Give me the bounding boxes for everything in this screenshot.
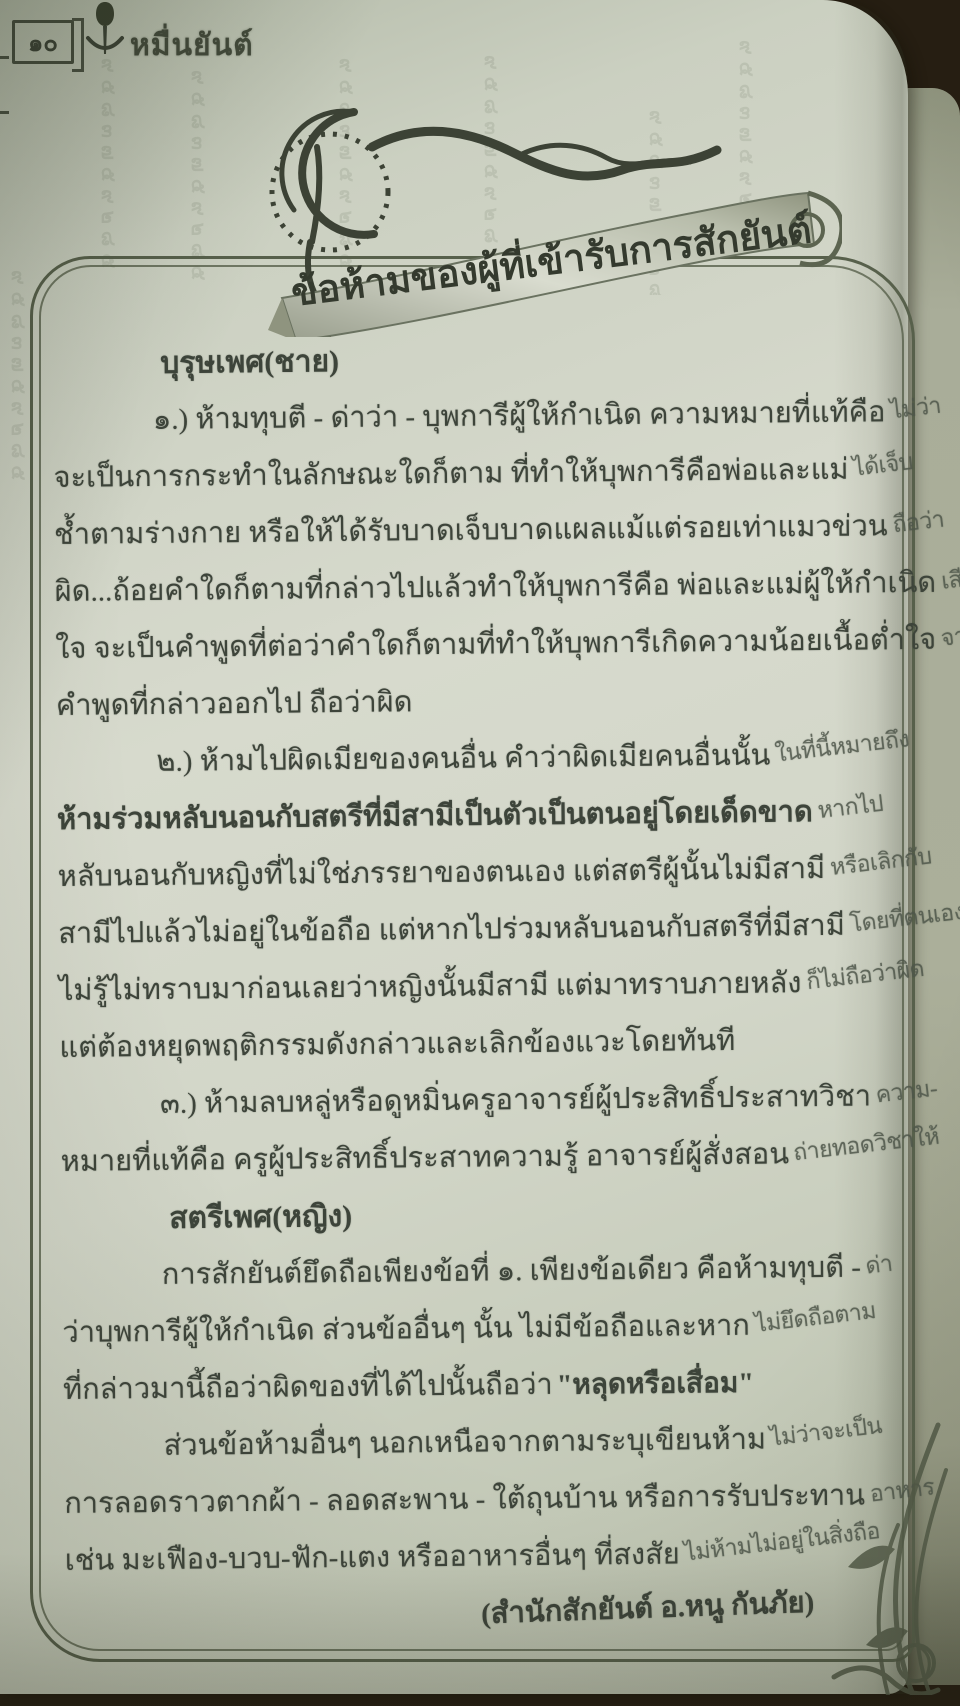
line-main: การลอดราวตากผ้า - ลอดสะพาน - ใต้ถุนบ้าน … — [64, 1480, 865, 1520]
text-line: หมายที่แท้คือ ครูผู้ประสิทธิ์ประสาทความร… — [60, 1125, 945, 1191]
line-main: ๓.) ห้ามลบหลู่หรือดูหมิ่นครูอาจารย์ผู้ปร… — [160, 1080, 871, 1119]
line-tail: ได้เจ็บ — [850, 433, 916, 497]
line-main: การสักยันต์ยึดถือเพียงข้อที่ ๑. เพียงข้อ… — [162, 1252, 861, 1291]
text-line: ไม่รู้ไม่ทราบมาก่อนเลยว่าหญิงนั้นมีสามี … — [59, 954, 944, 1020]
line-main: ใจ จะเป็นคำพูดที่ต่อว่าคำใดก็ตามที่ทำให้… — [55, 624, 936, 665]
text-line: ส่วนข้อห้ามอื่นๆ นอกเหนือจากตามระบุเขียน… — [63, 1410, 948, 1476]
left-bracket-ornament — [0, 56, 9, 114]
line-tail: ถือว่า — [889, 491, 947, 554]
line-main: คำพูดที่กล่าวออกไป ถือว่าผิด — [56, 686, 413, 722]
line-tail: ก็ไม่ถือว่าผิด — [803, 940, 927, 1010]
book-title: หมื่นยันต์ — [130, 22, 254, 69]
line-main: ๑.) ห้ามทุบตี - ด่าว่า - บุพการีผู้ให้กำ… — [153, 396, 886, 436]
line-main: ๒.) ห้ามไปผิดเมียของคนอื่น คำว่าผิดเมียค… — [156, 740, 770, 778]
line-main: หลับนอนกับหญิงที่ไม่ใช่ภรรยาของตนเอง แต่… — [57, 853, 825, 893]
text-line: ช้ำตามร่างกาย หรือให้ได้รับบาดเจ็บบาดแผล… — [54, 498, 939, 564]
text-line: หลับนอนกับหญิงที่ไม่ใช่ภรรยาของตนเอง แต่… — [57, 840, 942, 906]
line-main: เช่น มะเฟือง-บวบ-ฟัก-แตง หรืออาหารอื่นๆ … — [65, 1538, 680, 1576]
book-page: ๙๕๘๓๗๕๙๒๘๕ ๙๕๘๓๗๕๙๒๘๕ ๙๕๘๓๗๕๙๒๘๕ ๙๕๘๓๗๕๙… — [0, 0, 908, 1694]
line-main: สามีไปแล้วไม่อยู่ในข้อถือ แต่หากไปร่วมหล… — [58, 910, 845, 950]
text-line: ๑.) ห้ามทุบตี - ด่าว่า - บุพการีผู้ให้กำ… — [53, 384, 938, 450]
line-main: แต่ต้องหยุดพฤติกรรมดังกล่าวและเลิกข้องแว… — [59, 1025, 735, 1064]
dagger-icon — [84, 0, 126, 64]
text-line: ๒.) ห้ามไปผิดเมียของคนอื่น คำว่าผิดเมียค… — [56, 726, 941, 792]
right-bracket-ornament — [72, 18, 84, 72]
line-tail: "หลุดหรือเสื่อม" — [556, 1355, 754, 1414]
page-number: ๑๐ — [28, 23, 58, 62]
title-banner: ข้อห้ามของผู้ที่เข้ารับการสักยันต์ — [222, 92, 842, 337]
line-main: ห้ามร่วมหลับนอนกับสตรีที่มีสามีเป็นตัวเป… — [57, 796, 813, 836]
text-line: ใจ จะเป็นคำพูดที่ต่อว่าคำใดก็ตามที่ทำให้… — [55, 612, 940, 678]
line-tail: ไม่ว่า — [887, 377, 944, 439]
line-main: ส่วนข้อห้ามอื่นๆ นอกเหนือจากตามระบุเขียน… — [163, 1424, 766, 1462]
text-line: แต่ต้องหยุดพฤติกรรมดังกล่าวและเลิกข้องแว… — [59, 1011, 944, 1077]
section-heading-female: สตรีเพศ(หญิง) — [61, 1182, 946, 1248]
banner-title: ข้อห้ามของผู้ที่เข้ารับการสักยันต์ — [288, 202, 814, 316]
line-main: ช้ำตามร่างกาย หรือให้ได้รับบาดเจ็บบาดแผล… — [54, 510, 888, 551]
line-tail: หรือเลิกกับ — [827, 828, 935, 896]
text-line: ผิด...ถ้อยคำใดก็ตามที่กล่าวไปแล้วทำให้บุ… — [54, 555, 939, 621]
book-photo: ๙๕๘๓๗๕๙๒๘๕ ๙๕๘๓๗๕๙๒๘๕ ๙๕๘๓๗๕๙๒๘๕ ๙๕๘๓๗๕๙… — [0, 0, 960, 1706]
page-number-box: ๑๐ — [12, 20, 74, 64]
line-tail: หากไป — [814, 775, 886, 839]
line-main: ผิด...ถ้อยคำใดก็ตามที่กล่าวไปแล้วทำให้บุ… — [55, 567, 937, 608]
text-line: จะเป็นการกระทำในลักษณะใดก็ตาม ที่ทำให้บุ… — [53, 441, 938, 507]
line-main: ว่าบุพการีผู้ให้กำเนิด ส่วนข้ออื่นๆ นั้น… — [62, 1310, 750, 1349]
line-main: หมายที่แท้คือ ครูผู้ประสิทธิ์ประสาทความร… — [60, 1138, 789, 1178]
line-main: ที่กล่าวมานี้ถือว่าผิดของที่ได้ไปนั้นถือ… — [63, 1369, 553, 1406]
body-text: บุรุษเพศ(ชาย) ๑.) ห้ามทุบตี - ด่าว่า - บ… — [52, 327, 950, 1647]
vine-ornament-icon — [818, 1225, 948, 1695]
text-line: ห้ามร่วมหลับนอนกับสตรีที่มีสามีเป็นตัวเป… — [57, 783, 942, 849]
line-main: ไม่รู้ไม่ทราบมาก่อนเลยว่าหญิงนั้นมีสามี … — [59, 967, 802, 1007]
line-main: จะเป็นการกระทำในลักษณะใดก็ตาม ที่ทำให้บุ… — [53, 454, 848, 494]
text-line: ว่าบุพการีผู้ให้กำเนิด ส่วนข้ออื่นๆ นั้น… — [62, 1296, 947, 1362]
